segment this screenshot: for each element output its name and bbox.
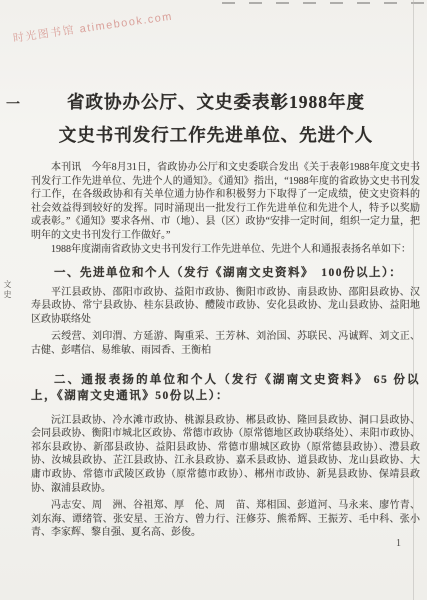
margin-dash-mark: 一 bbox=[6, 94, 20, 114]
article-body: 本刊讯 今年8月31日，省政协办公厅和文史委联合发出《关于表彰1988年度文史书… bbox=[31, 161, 420, 540]
article-title-line2: 文史书刊发行工作先进单位、先进个人 bbox=[28, 119, 404, 152]
scanned-document-page: 时光图书馆 atimebook.com 一 文史 省政协办公厅、文史委表彰198… bbox=[0, 0, 427, 600]
spine-label: 文史 bbox=[2, 280, 13, 300]
section2-units: 沅江县政协、冷水滩市政协、桃源县政协、郴县政协、隆回县政协、洞口县政协、会同县政… bbox=[31, 414, 420, 496]
watermark-text: 时光图书馆 atimebook.com bbox=[12, 8, 174, 46]
page-number: 1 bbox=[396, 538, 401, 549]
section1-heading: 一、先进单位和个人（发行《湖南文史资料》 100份以上）： bbox=[31, 265, 420, 282]
spacer bbox=[31, 256, 420, 265]
section2-heading: 二、通报表扬的单位和个人（发行《湖南文史资料》 65 份以上，《湖南文史通讯》5… bbox=[31, 372, 420, 405]
scan-artifact-dashes bbox=[222, 2, 427, 4]
spacer bbox=[31, 358, 420, 372]
article-title-line1: 省政协办公厅、文史委表彰1988年度 bbox=[28, 86, 404, 119]
article-title: 省政协办公厅、文史委表彰1988年度 文史书刊发行工作先进单位、先进个人 bbox=[28, 86, 404, 152]
section2-names: 冯志安、周 洲、谷祖郑、厚 伦、周 苗、郑相国、彭道河、马永来、廖竹青、刘东海、… bbox=[31, 499, 420, 540]
section1-names: 云绶营、刘印渭、方延游、陶重采、王芳林、刘治国、苏联民、冯诚辉、刘文正、古健、彭… bbox=[31, 330, 420, 357]
intro-paragraph: 本刊讯 今年8月31日，省政协办公厅和文史委联合发出《关于表彰1988年度文史书… bbox=[31, 161, 420, 243]
section1-units: 平江县政协、邵阳市政协、益阳市政协、衡阳市政协、南县政协、邵阳县政协、汉寿县政协… bbox=[31, 286, 420, 327]
list-intro-paragraph: 1988年度湖南省政协文史书刊发行工作先进单位、先进个人和通报表扬名单如下： bbox=[31, 243, 420, 257]
spacer bbox=[31, 405, 420, 414]
